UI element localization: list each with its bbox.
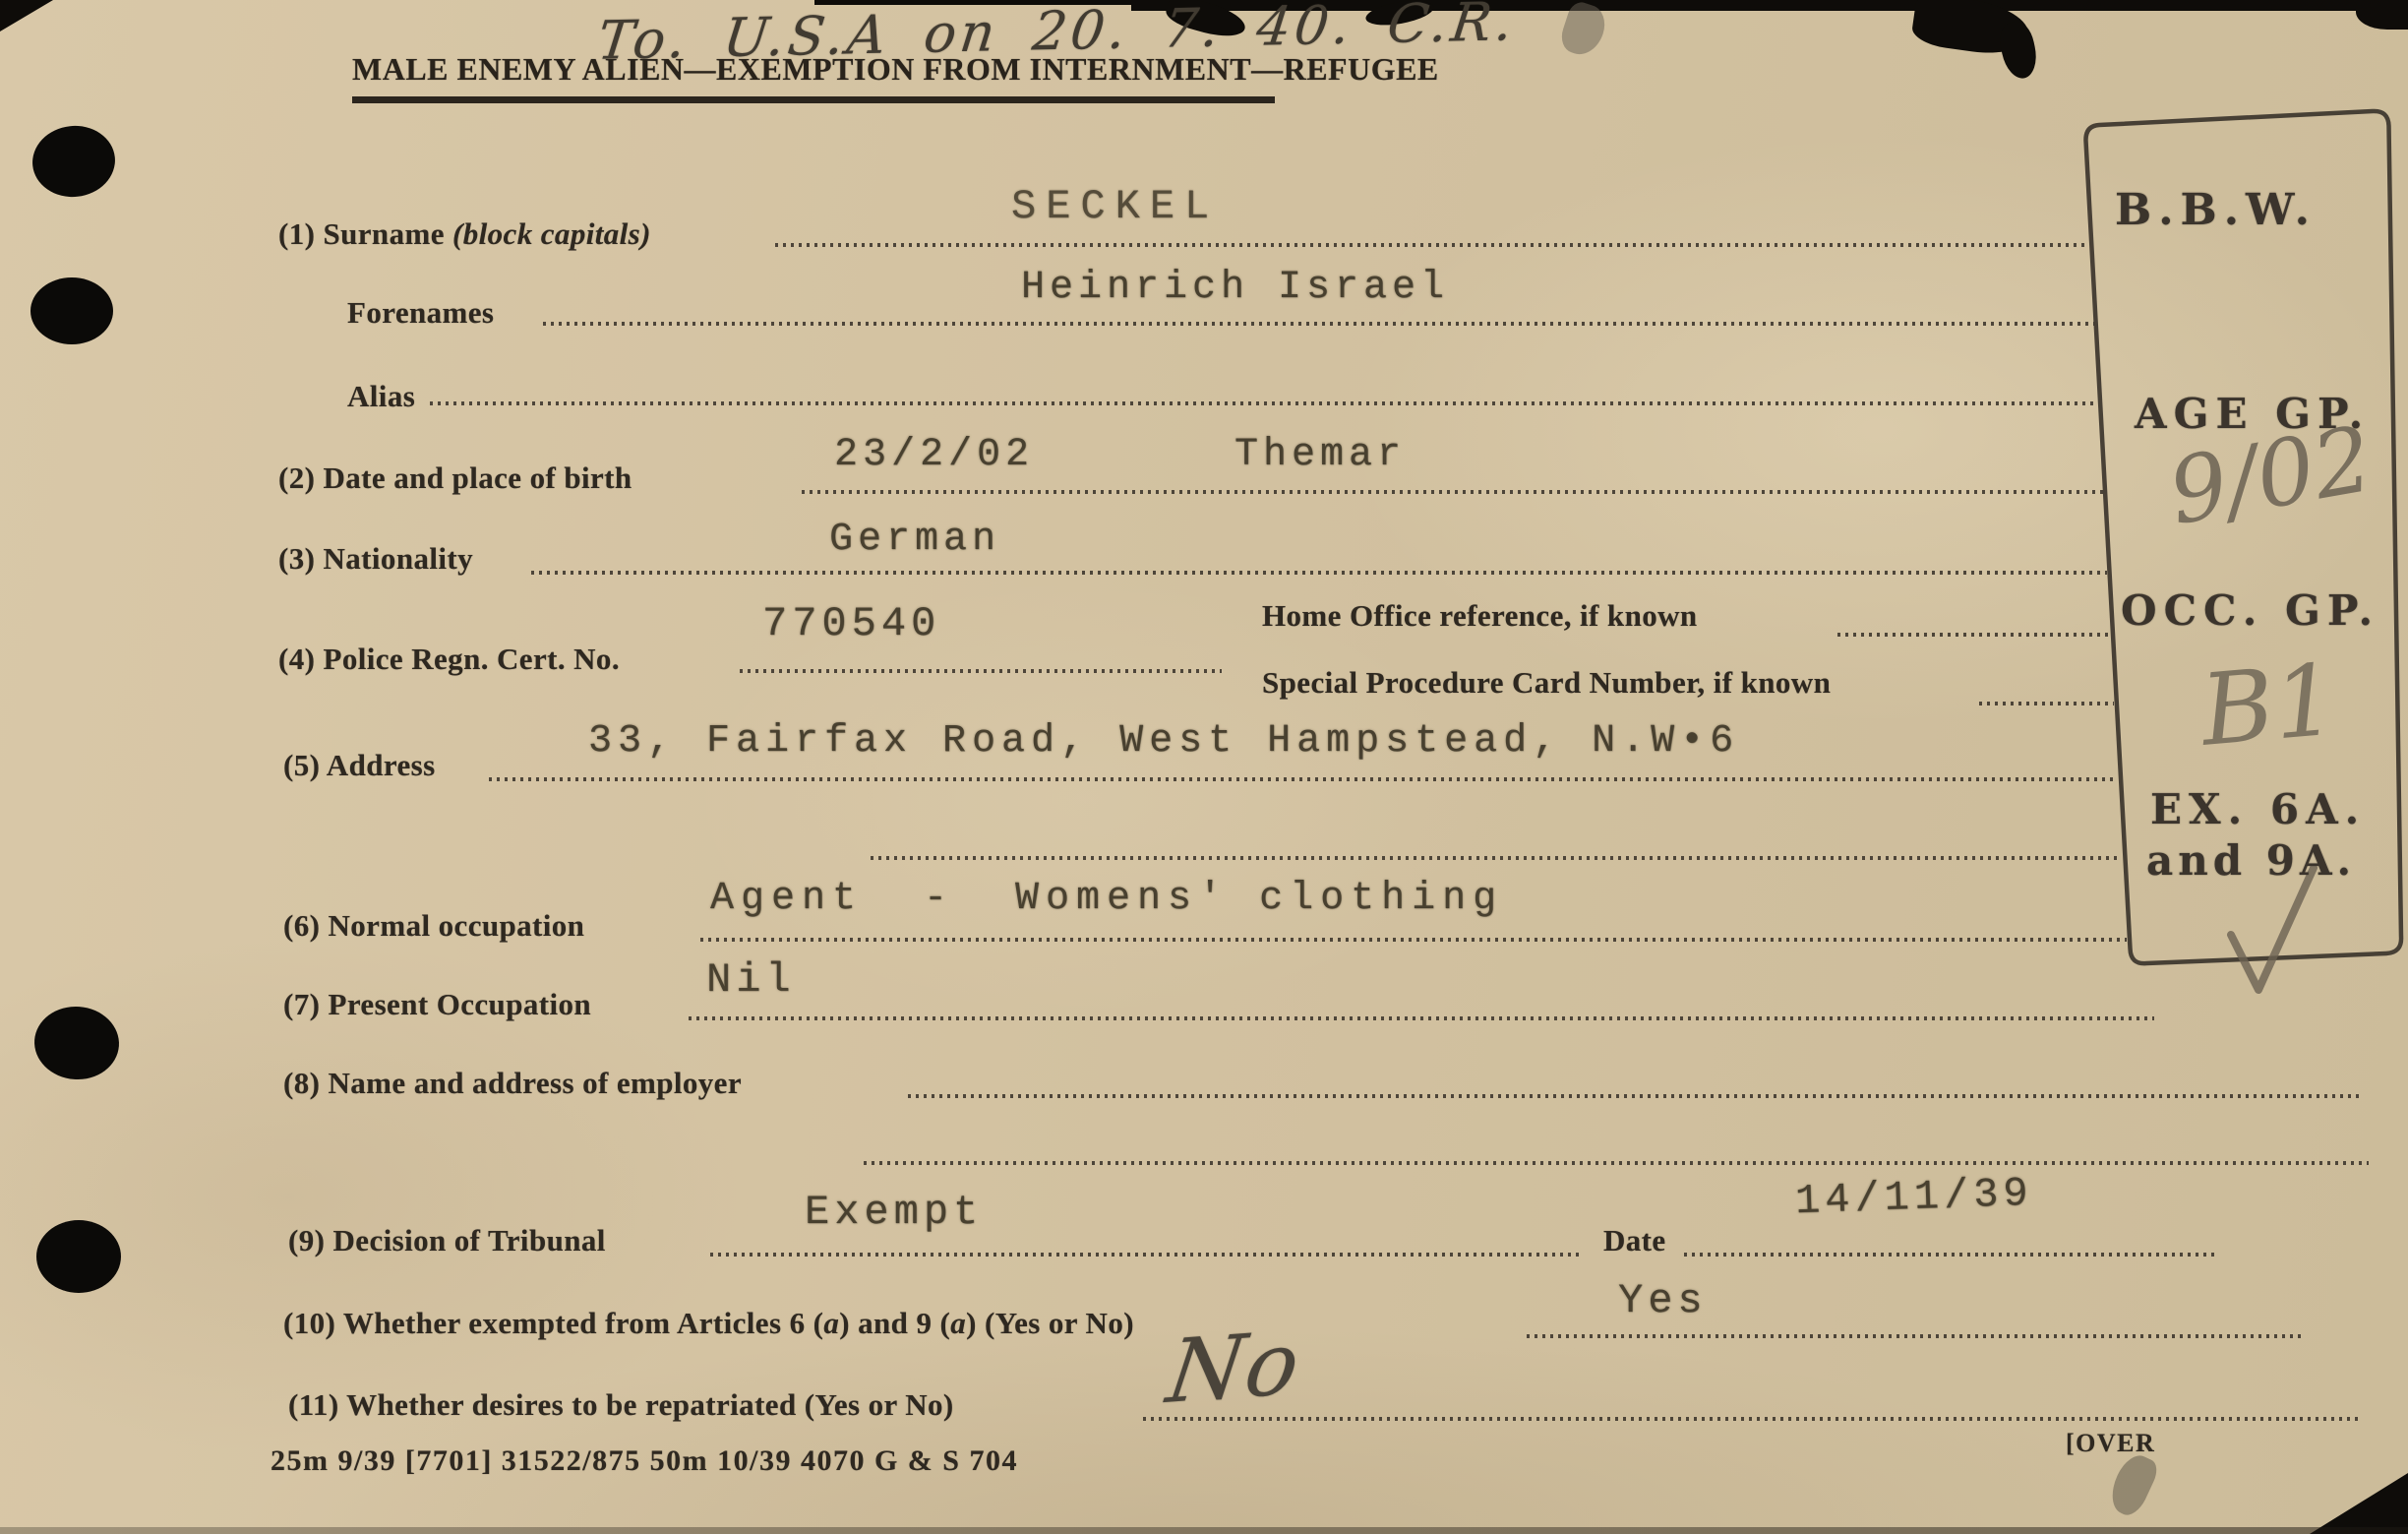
- field-label-articles-exempt: (10) Whether exempted from Articles 6 (a…: [283, 1306, 1134, 1341]
- scan-edge-bottom: [0, 1527, 2408, 1534]
- field-label-alias: Alias: [347, 379, 415, 414]
- articles-label-part2: ) and 9 (: [839, 1306, 950, 1340]
- field-value-forenames: Heinrich Israel: [1021, 266, 1449, 310]
- field-value-normal-occupation: Agent - Womens' clothing: [710, 877, 1503, 921]
- pencil-checkmark: [2231, 868, 2314, 990]
- field-label-present-occupation: (7) Present Occupation: [283, 987, 591, 1022]
- surname-label-note: (block capitals): [452, 216, 651, 251]
- field-label-home-office: Home Office reference, if known: [1262, 598, 1698, 634]
- articles-label-part3: ) (Yes or No): [966, 1306, 1134, 1340]
- stamp-exemption-line1: EX. 6A.: [2150, 785, 2366, 833]
- surname-label-text: (1) Surname: [278, 216, 452, 251]
- field-value-address: 33, Fairfax Road, West Hampstead, N.W•6: [588, 719, 1739, 764]
- ink-smudge: [2104, 1449, 2162, 1519]
- scan-corner-mark-top-left: [0, 0, 53, 31]
- field-label-police-cert: (4) Police Regn. Cert. No.: [278, 642, 620, 677]
- dotted-rule-address: [489, 777, 2118, 781]
- stamp-bbw: B.B.W.: [2115, 185, 2317, 235]
- field-label-repatriated: (11) Whether desires to be repatriated (…: [288, 1387, 954, 1423]
- scanned-form-document: To. U.S.A on 20. 7. 40. C.R. MALE ENEMY …: [0, 0, 2408, 1534]
- field-label-birth: (2) Date and place of birth: [278, 460, 632, 496]
- dotted-rule-normal-occupation: [700, 938, 2127, 942]
- field-label-special-card: Special Procedure Card Number, if known: [1262, 665, 1831, 701]
- field-value-present-occupation: Nil: [706, 956, 796, 1004]
- articles-label-part1: (10) Whether exempted from Articles 6 (: [283, 1306, 823, 1340]
- scan-corner-mark-bottom-right: [2310, 1473, 2408, 1534]
- field-value-nationality: German: [829, 518, 1000, 562]
- pencil-occupation-group-value: B1: [2197, 642, 2341, 768]
- dotted-rule-articles-exempt: [1527, 1334, 2304, 1338]
- field-value-surname: SECKEL: [1011, 183, 1219, 230]
- field-label-nationality: (3) Nationality: [278, 541, 473, 577]
- punch-hole: [36, 1220, 121, 1293]
- ink-blot: [2356, 0, 2408, 30]
- over-label: [OVER: [2066, 1429, 2155, 1458]
- dotted-rule-surname: [775, 243, 2089, 247]
- form-title: MALE ENEMY ALIEN—EXEMPTION FROM INTERNME…: [352, 51, 1275, 103]
- stamp-exemption-line2: and 9A.: [2146, 836, 2356, 885]
- dotted-rule-alias: [430, 401, 2098, 405]
- dotted-rule-employer: [908, 1094, 2364, 1098]
- dotted-rule-home-office: [1837, 633, 2110, 637]
- field-label-normal-occupation: (6) Normal occupation: [283, 908, 584, 944]
- field-label-employer: (8) Name and address of employer: [283, 1066, 742, 1101]
- field-label-tribunal-date: Date: [1603, 1223, 1666, 1258]
- articles-label-italic1: a: [823, 1306, 839, 1340]
- dotted-rule-address-2: [871, 856, 2122, 860]
- field-value-birth-date: 23/2/02: [834, 433, 1034, 477]
- articles-label-italic2: a: [950, 1306, 966, 1340]
- dotted-rule-police-cert: [740, 669, 1222, 673]
- dotted-rule-birth: [802, 490, 2103, 494]
- dotted-rule-repatriated: [1143, 1417, 2363, 1421]
- field-value-repatriated-handwritten: No: [1162, 1312, 1307, 1424]
- field-label-surname: (1) Surname (block capitals): [278, 216, 651, 252]
- field-label-tribunal-decision: (9) Decision of Tribunal: [288, 1223, 606, 1258]
- punch-hole: [32, 1004, 122, 1082]
- field-label-address: (5) Address: [283, 748, 436, 783]
- dotted-rule-forenames: [543, 322, 2094, 326]
- dotted-rule-nationality: [531, 571, 2107, 575]
- print-code: 25m 9/39 [7701] 31522/875 50m 10/39 4070…: [271, 1444, 1018, 1478]
- dotted-rule-tribunal-date: [1684, 1253, 2215, 1257]
- field-label-forenames: Forenames: [347, 295, 494, 331]
- dotted-rule-tribunal-decision: [710, 1253, 1582, 1257]
- field-value-birth-place: Themar: [1234, 433, 1406, 477]
- field-value-tribunal-decision: Exempt: [805, 1189, 983, 1236]
- field-value-police-cert: 770540: [762, 600, 940, 647]
- field-value-tribunal-date: 14/11/39: [1794, 1170, 2033, 1225]
- dotted-rule-special-card: [1979, 702, 2114, 706]
- punch-hole: [30, 277, 113, 344]
- punch-hole: [29, 122, 118, 201]
- stamp-occupation-group-label: OCC. GP.: [2121, 586, 2379, 635]
- field-value-articles-exempt: Yes: [1618, 1277, 1708, 1324]
- dotted-rule-employer-2: [864, 1161, 2369, 1165]
- dotted-rule-present-occupation: [689, 1016, 2154, 1020]
- ink-drip: [1996, 19, 2040, 82]
